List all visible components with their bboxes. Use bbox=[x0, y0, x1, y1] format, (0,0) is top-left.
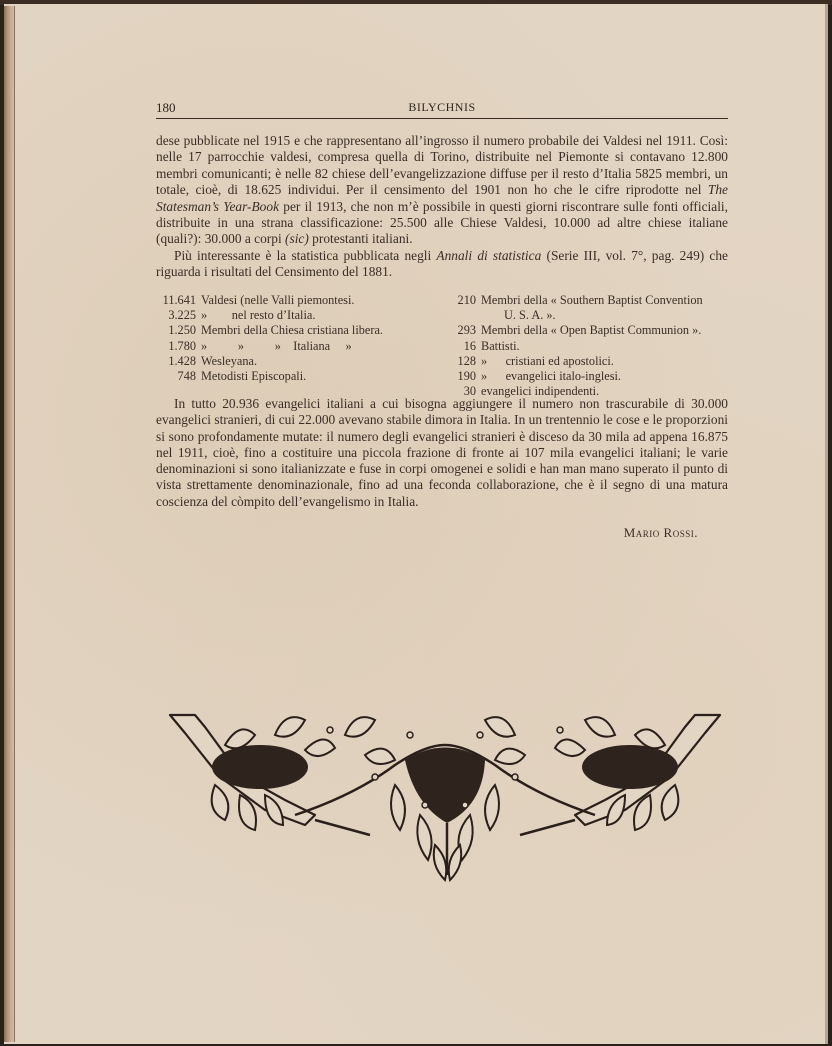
laurel-horn-ornament-icon bbox=[165, 705, 725, 885]
statistics-row: 748Metodisti Episcopali. bbox=[156, 369, 436, 384]
statistics-row: 16Battisti. bbox=[448, 339, 730, 354]
paragraph-summary: In tutto 20.936 evangelici italiani a cu… bbox=[156, 396, 728, 510]
statistics-row-continuation: U. S. A. ». bbox=[448, 308, 730, 323]
article-conclusion: In tutto 20.936 evangelici italiani a cu… bbox=[156, 396, 728, 510]
sic-note: (sic) bbox=[285, 231, 309, 246]
statistics-row: 190» evangelici italo-inglesi. bbox=[448, 369, 730, 384]
running-header: 180 BILYCHNIS bbox=[156, 100, 728, 119]
paragraph-census: Più interessante è la statistica pubblic… bbox=[156, 248, 728, 281]
statistics-row: 293Membri della « Open Baptist Communion… bbox=[448, 323, 730, 338]
statistics-right-column: 210Membri della « Southern Baptist Conve… bbox=[448, 293, 730, 399]
statistics-row: 128» cristiani ed apostolici. bbox=[448, 354, 730, 369]
statistics-left-column: 11.641Valdesi (nelle Valli piemontesi. 3… bbox=[156, 293, 436, 384]
statistics-row: 11.641Valdesi (nelle Valli piemontesi. bbox=[156, 293, 436, 308]
statistics-row: 1.250Membri della Chiesa cristiana liber… bbox=[156, 323, 436, 338]
journal-title: BILYCHNIS bbox=[156, 100, 728, 115]
paragraph-continuation: dese pubblicate nel 1915 e che rappresen… bbox=[156, 133, 728, 248]
page-binding-edge bbox=[4, 6, 15, 1042]
publication-title: Annali di statistica bbox=[436, 248, 541, 263]
statistics-row: 1.428Wesleyana. bbox=[156, 354, 436, 369]
statistics-row: 3.225» nel resto d’Italia. bbox=[156, 308, 436, 323]
statistics-row: 1.780» » » Italiana » bbox=[156, 339, 436, 354]
article-body: dese pubblicate nel 1915 e che rappresen… bbox=[156, 133, 728, 281]
statistics-row: 210Membri della « Southern Baptist Conve… bbox=[448, 293, 730, 308]
page-right-edge bbox=[825, 4, 828, 1044]
author-signature: Mario Rossi. bbox=[624, 525, 698, 541]
